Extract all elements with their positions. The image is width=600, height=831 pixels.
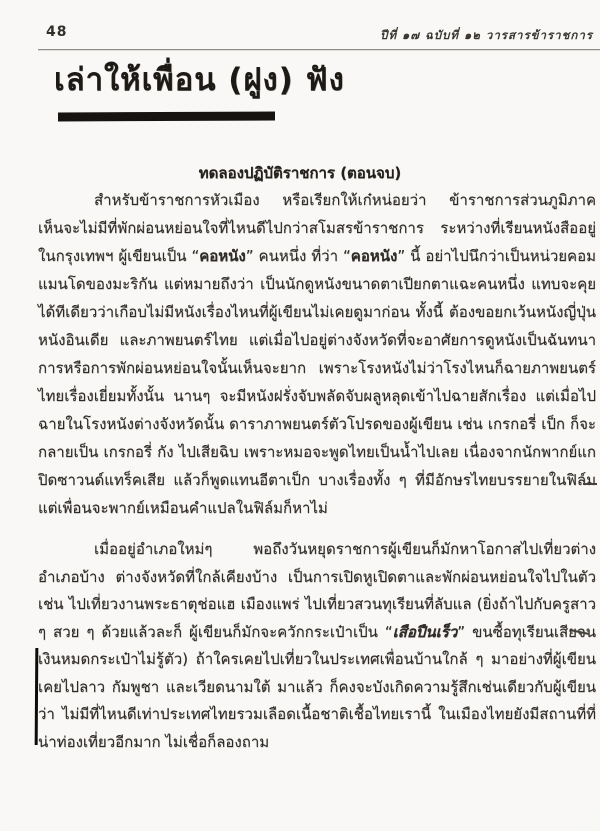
article-title: เล่าให้เพื่อน (ฝูง) ฟัง [54,54,345,104]
paragraph-1: สำหรับข้าราชการหัวเมือง หรือเรียกให้เก๋ห… [38,186,596,522]
bold-term-kor-nang: คอหนัง [351,247,398,265]
scan-artifact-dash [583,483,597,485]
body-text: ” ขนซื้อทุเรียนเสียจนเงินหมดกระเป๋าไม่รู… [38,623,596,751]
bold-term-kor-nang: คอหนัง [199,247,246,265]
section-heading: ทดลองปฏิบัติราชการ (ตอนจบ) [0,161,600,185]
body-text: ” คนหนึ่ง ที่ว่า “ [246,247,351,265]
scanned-journal-page: 48 ปีที่ ๑๗ ฉบับที่ ๑๒ วารสารข้าราชการ เ… [0,0,600,831]
header-rule [38,49,600,50]
italic-term-suea-puen-rew: เสือปืนเร็ว [393,623,458,641]
page-number: 48 [46,24,67,40]
paragraph-2: เมื่ออยู่อำเภอใหม่ๆ พอถึงวันหยุดราชการผู… [38,536,596,756]
title-underline-bar [58,112,275,122]
journal-issue-header: ปีที่ ๑๗ ฉบับที่ ๑๒ วารสารข้าราชการ [380,27,593,45]
body-text: ” นี้ อย่าไปนึกว่าเป็นหน่วยคอมแมนโดของมะ… [38,247,596,517]
